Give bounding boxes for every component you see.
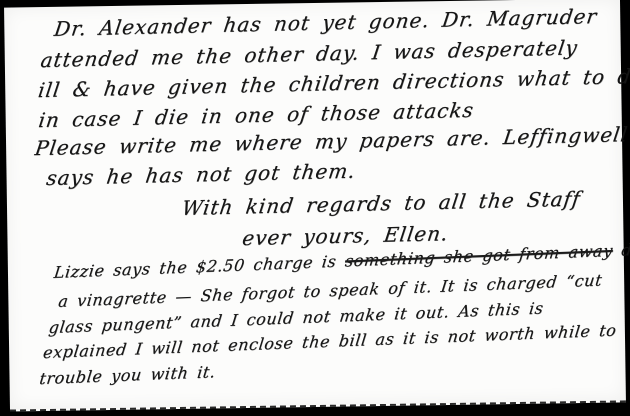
postscript-text: Lizzie says the $2.50 charge is (53, 252, 338, 282)
signature-line: ever yours, Ellen. (241, 221, 450, 250)
letter-line: Dr. Alexander has not yet gone. Dr. Magr… (53, 4, 599, 41)
postscript-line: trouble you with it. (38, 362, 216, 388)
postscript-text: doubtless (620, 237, 630, 259)
letter-line: says he has not got them. (45, 159, 357, 190)
scan-background: Dr. Alexander has not yet gone. Dr. Magr… (0, 0, 630, 416)
closing-line: With kind regards to all the Staff (180, 187, 582, 220)
letter-paper: Dr. Alexander has not yet gone. Dr. Magr… (4, 0, 626, 412)
